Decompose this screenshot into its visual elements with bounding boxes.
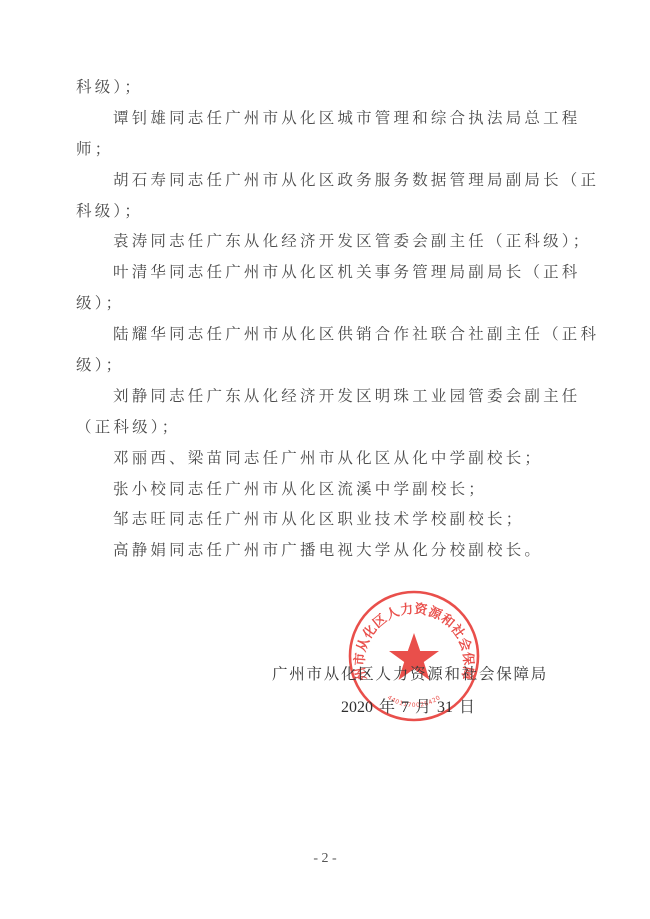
body-line: 谭钊雄同志任广州市从化区城市管理和综合执法局总工程 <box>76 103 588 134</box>
date-month-unit: 月 <box>415 694 431 717</box>
body-line: 邹志旺同志任广州市从化区职业技术学校副校长； <box>76 504 588 535</box>
body-line: 科级）； <box>76 72 588 103</box>
body-line: 高静娟同志任广州市广播电视大学从化分校副校长。 <box>76 535 588 566</box>
body-line: 胡石寿同志任广州市从化区政务服务数据管理局副局长（正 <box>76 165 588 196</box>
body-line: 袁涛同志任广东从化经济开发区管委会副主任（正科级）； <box>76 226 588 257</box>
date-year: 2020 <box>341 699 373 717</box>
date-day-unit: 日 <box>459 694 475 717</box>
issuing-organization: 广州市从化区人力资源和社会保障局 <box>272 662 548 684</box>
body-line: 师； <box>76 134 588 165</box>
page-number: - 2 - <box>0 851 650 867</box>
body-line: 邓丽西、梁苗同志任广州市从化区从化中学副校长； <box>76 443 588 474</box>
date-day: 31 <box>437 699 453 717</box>
body-line: 级）； <box>76 288 588 319</box>
body-line: 叶清华同志任广州市从化区机关事务管理局副局长（正科 <box>76 257 588 288</box>
body-line: 刘静同志任广东从化经济开发区明珠工业园管委会副主任 <box>76 381 588 412</box>
body-line: 陆耀华同志任广州市从化区供销合作社联合社副主任（正科 <box>76 319 588 350</box>
issue-date: 2020年7月31日 <box>341 694 481 717</box>
body-line: （正科级）； <box>76 412 588 443</box>
body-line: 科级）； <box>76 196 588 227</box>
date-year-unit: 年 <box>379 694 395 717</box>
date-month: 7 <box>401 699 409 717</box>
body-line: 级）； <box>76 350 588 381</box>
document-body: 科级）； 谭钊雄同志任广州市从化区城市管理和综合执法局总工程 师； 胡石寿同志任… <box>76 72 588 566</box>
body-line: 张小校同志任广州市从化区流溪中学副校长； <box>76 474 588 505</box>
document-page: 科级）； 谭钊雄同志任广州市从化区城市管理和综合执法局总工程 师； 胡石寿同志任… <box>0 0 650 919</box>
